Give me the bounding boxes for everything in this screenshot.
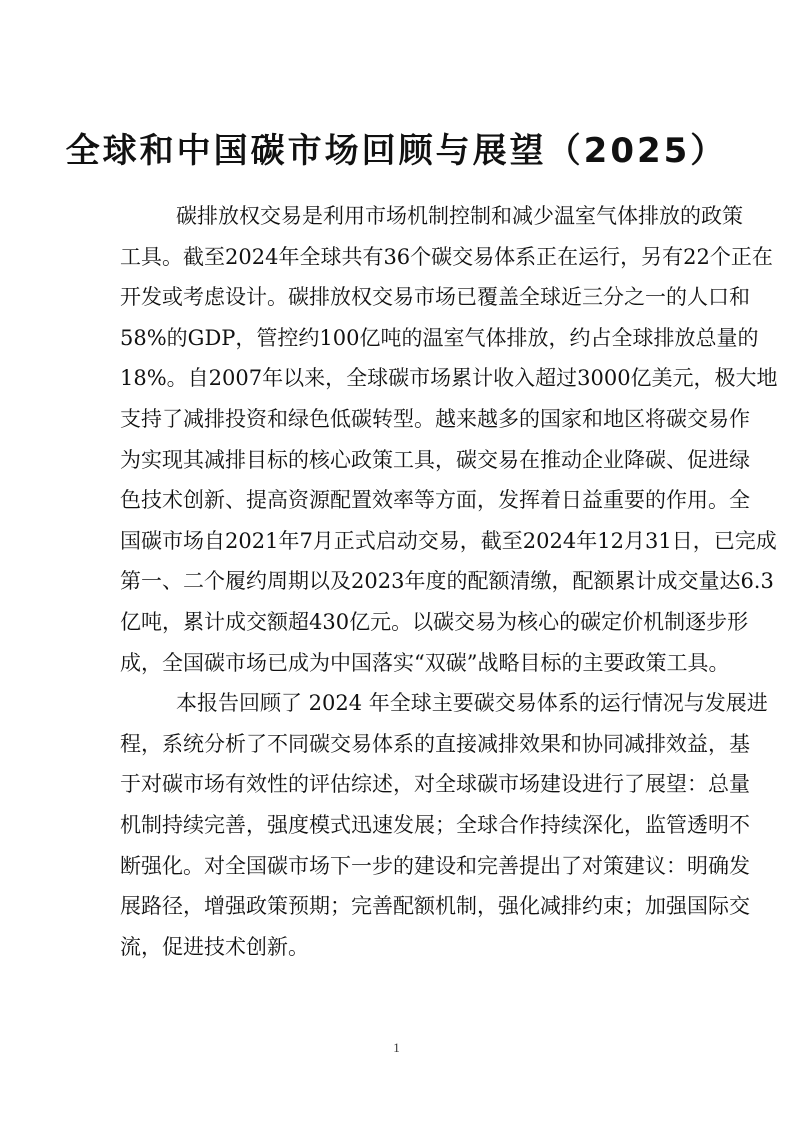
text-line: 程，系统分析了不同碳交易体系的直接减排效果和协同减排效益，基 — [120, 724, 678, 765]
text-line: 支持了减排投资和绿色低碳转型。越来越多的国家和地区将碳交易作 — [120, 399, 678, 440]
paragraph-report-summary: 本报告回顾了 2024 年全球主要碳交易体系的运行情况与发展进 程，系统分析了不… — [120, 683, 678, 967]
text-line: 展路径，增强政策预期；完善配额机制，强化减排约束；加强国际交 — [120, 886, 678, 927]
text-line: 58%的GDP，管控约100亿吨的温室气体排放，约占全球排放总量的 — [120, 318, 678, 359]
text-line: 碳排放权交易是利用市场机制控制和减少温室气体排放的政策 — [120, 196, 678, 237]
document-title: 全球和中国碳市场回顾与展望（2025） — [0, 127, 793, 175]
text-line: 国碳市场自2021年7月正式启动交易，截至2024年12月31日，已完成 — [120, 521, 678, 562]
text-line: 18%。自2007年以来，全球碳市场累计收入超过3000亿美元，极大地 — [120, 358, 678, 399]
page-number: 1 — [0, 1040, 793, 1056]
text-line: 机制持续完善，强度模式迅速发展；全球合作持续深化，监管透明不 — [120, 805, 678, 846]
text-line: 本报告回顾了 2024 年全球主要碳交易体系的运行情况与发展进 — [120, 683, 678, 724]
text-line: 工具。截至2024年全球共有36个碳交易体系正在运行，另有22个正在 — [120, 237, 678, 278]
text-line: 亿吨，累计成交额超430亿元。以碳交易为核心的碳定价机制逐步形 — [120, 602, 678, 643]
paragraph-intro: 碳排放权交易是利用市场机制控制和减少温室气体排放的政策 工具。截至2024年全球… — [120, 196, 678, 683]
text-line: 开发或考虑设计。碳排放权交易市场已覆盖全球近三分之一的人口和 — [120, 277, 678, 318]
text-line: 成，全国碳市场已成为中国落实“双碳”战略目标的主要政策工具。 — [120, 643, 678, 684]
text-line: 于对碳市场有效性的评估综述，对全球碳市场建设进行了展望：总量 — [120, 764, 678, 805]
text-line: 流，促进技术创新。 — [120, 927, 678, 968]
document-body: 碳排放权交易是利用市场机制控制和减少温室气体排放的政策 工具。截至2024年全球… — [120, 196, 678, 967]
text-line: 第一、二个履约周期以及2023年度的配额清缴，配额累计成交量达6.3 — [120, 561, 678, 602]
text-line: 为实现其减排目标的核心政策工具，碳交易在推动企业降碳、促进绿 — [120, 440, 678, 481]
text-line: 色技术创新、提高资源配置效率等方面，发挥着日益重要的作用。全 — [120, 480, 678, 521]
text-line: 断强化。对全国碳市场下一步的建设和完善提出了对策建议：明确发 — [120, 846, 678, 887]
